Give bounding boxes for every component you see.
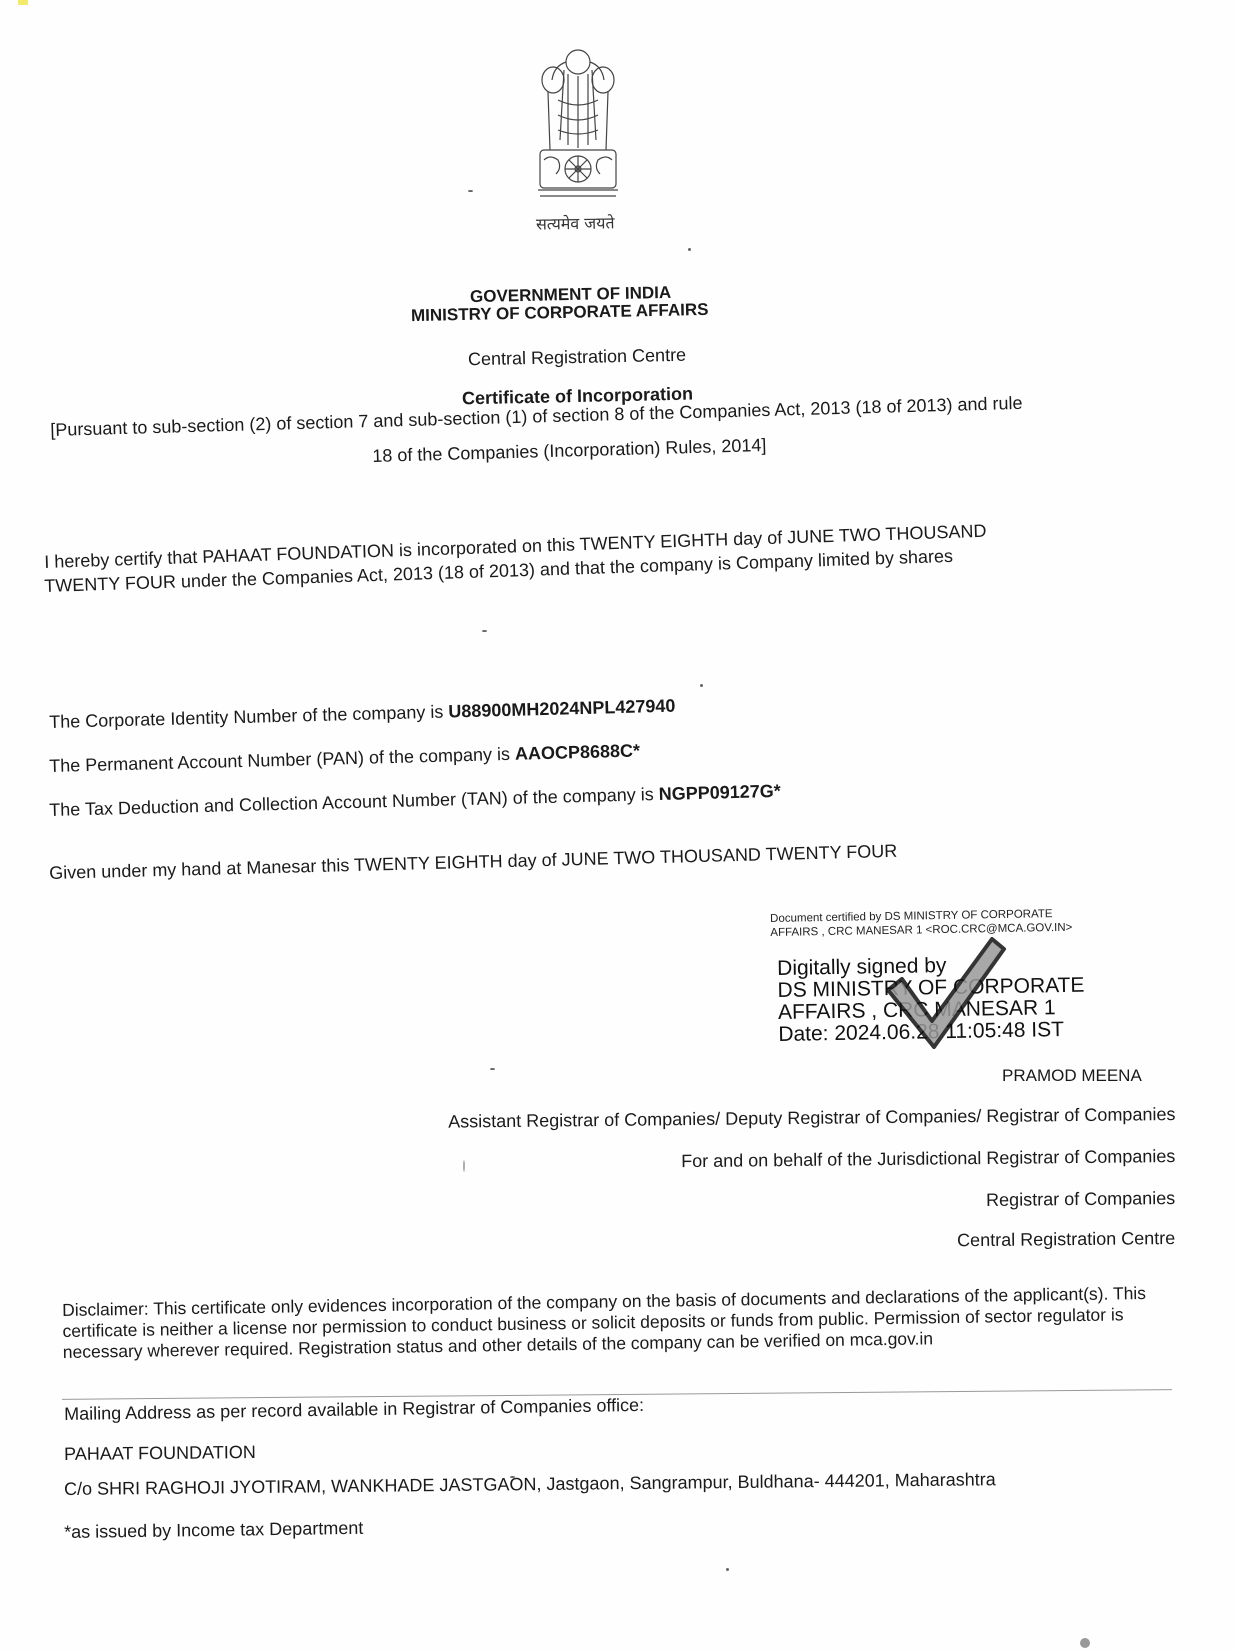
disclaimer: Disclaimer: This certificate only eviden… (62, 1282, 1183, 1363)
scan-speck (688, 248, 691, 251)
footnote: *as issued by Income tax Department (64, 1518, 363, 1543)
emblem-motto: सत्यमेव जयते (536, 211, 615, 234)
cin-value: U88900MH2024NPL427940 (448, 696, 676, 722)
registrar-title: Registrar of Companies (986, 1188, 1175, 1211)
signatory-name: PRAMOD MEENA (1002, 1066, 1142, 1086)
cin-statement: The Corporate Identity Number of the com… (49, 696, 676, 733)
state-emblem-icon (528, 40, 628, 210)
certificate-page: सत्यमेव जयते GOVERNMENT OF INDIA MINISTR… (0, 0, 1235, 1650)
scan-speck (463, 1160, 465, 1172)
given-under-hand: Given under my hand at Manesar this TWEN… (49, 841, 897, 884)
pan-statement: The Permanent Account Number (PAN) of th… (49, 741, 640, 777)
mailing-address: C/o SHRI RAGHOJI JYOTIRAM, WANKHADE JAST… (64, 1469, 996, 1500)
tan-statement: The Tax Deduction and Collection Account… (49, 781, 781, 821)
scan-mark (18, 0, 28, 5)
centre-subheading: Central Registration Centre (468, 345, 687, 371)
pan-value: AAOCP8688C* (515, 741, 641, 764)
signatory-designation: Assistant Registrar of Companies/ Deputy… (448, 1104, 1175, 1133)
ministry-heading: MINISTRY OF CORPORATE AFFAIRS (411, 300, 709, 326)
scan-speck (1080, 1638, 1090, 1648)
pursuant-line-2: 18 of the Companies (Incorporation) Rule… (372, 435, 767, 467)
mailing-heading: Mailing Address as per record available … (64, 1395, 644, 1425)
cin-label: The Corporate Identity Number of the com… (49, 702, 449, 732)
scan-speck (700, 684, 703, 687)
signature-valid-check-icon (880, 935, 1010, 1055)
tan-value: NGPP09127G* (658, 781, 781, 804)
scan-speck (468, 190, 473, 192)
on-behalf-of: For and on behalf of the Jurisdictional … (681, 1146, 1175, 1172)
scan-speck (482, 630, 487, 632)
scan-speck (490, 1068, 495, 1070)
registration-centre: Central Registration Centre (957, 1228, 1175, 1251)
scan-speck (510, 1476, 515, 1478)
scan-speck (726, 1568, 729, 1571)
tan-label: The Tax Deduction and Collection Account… (49, 784, 659, 820)
pan-label: The Permanent Account Number (PAN) of th… (49, 744, 515, 776)
mailing-company-name: PAHAAT FOUNDATION (64, 1442, 256, 1465)
